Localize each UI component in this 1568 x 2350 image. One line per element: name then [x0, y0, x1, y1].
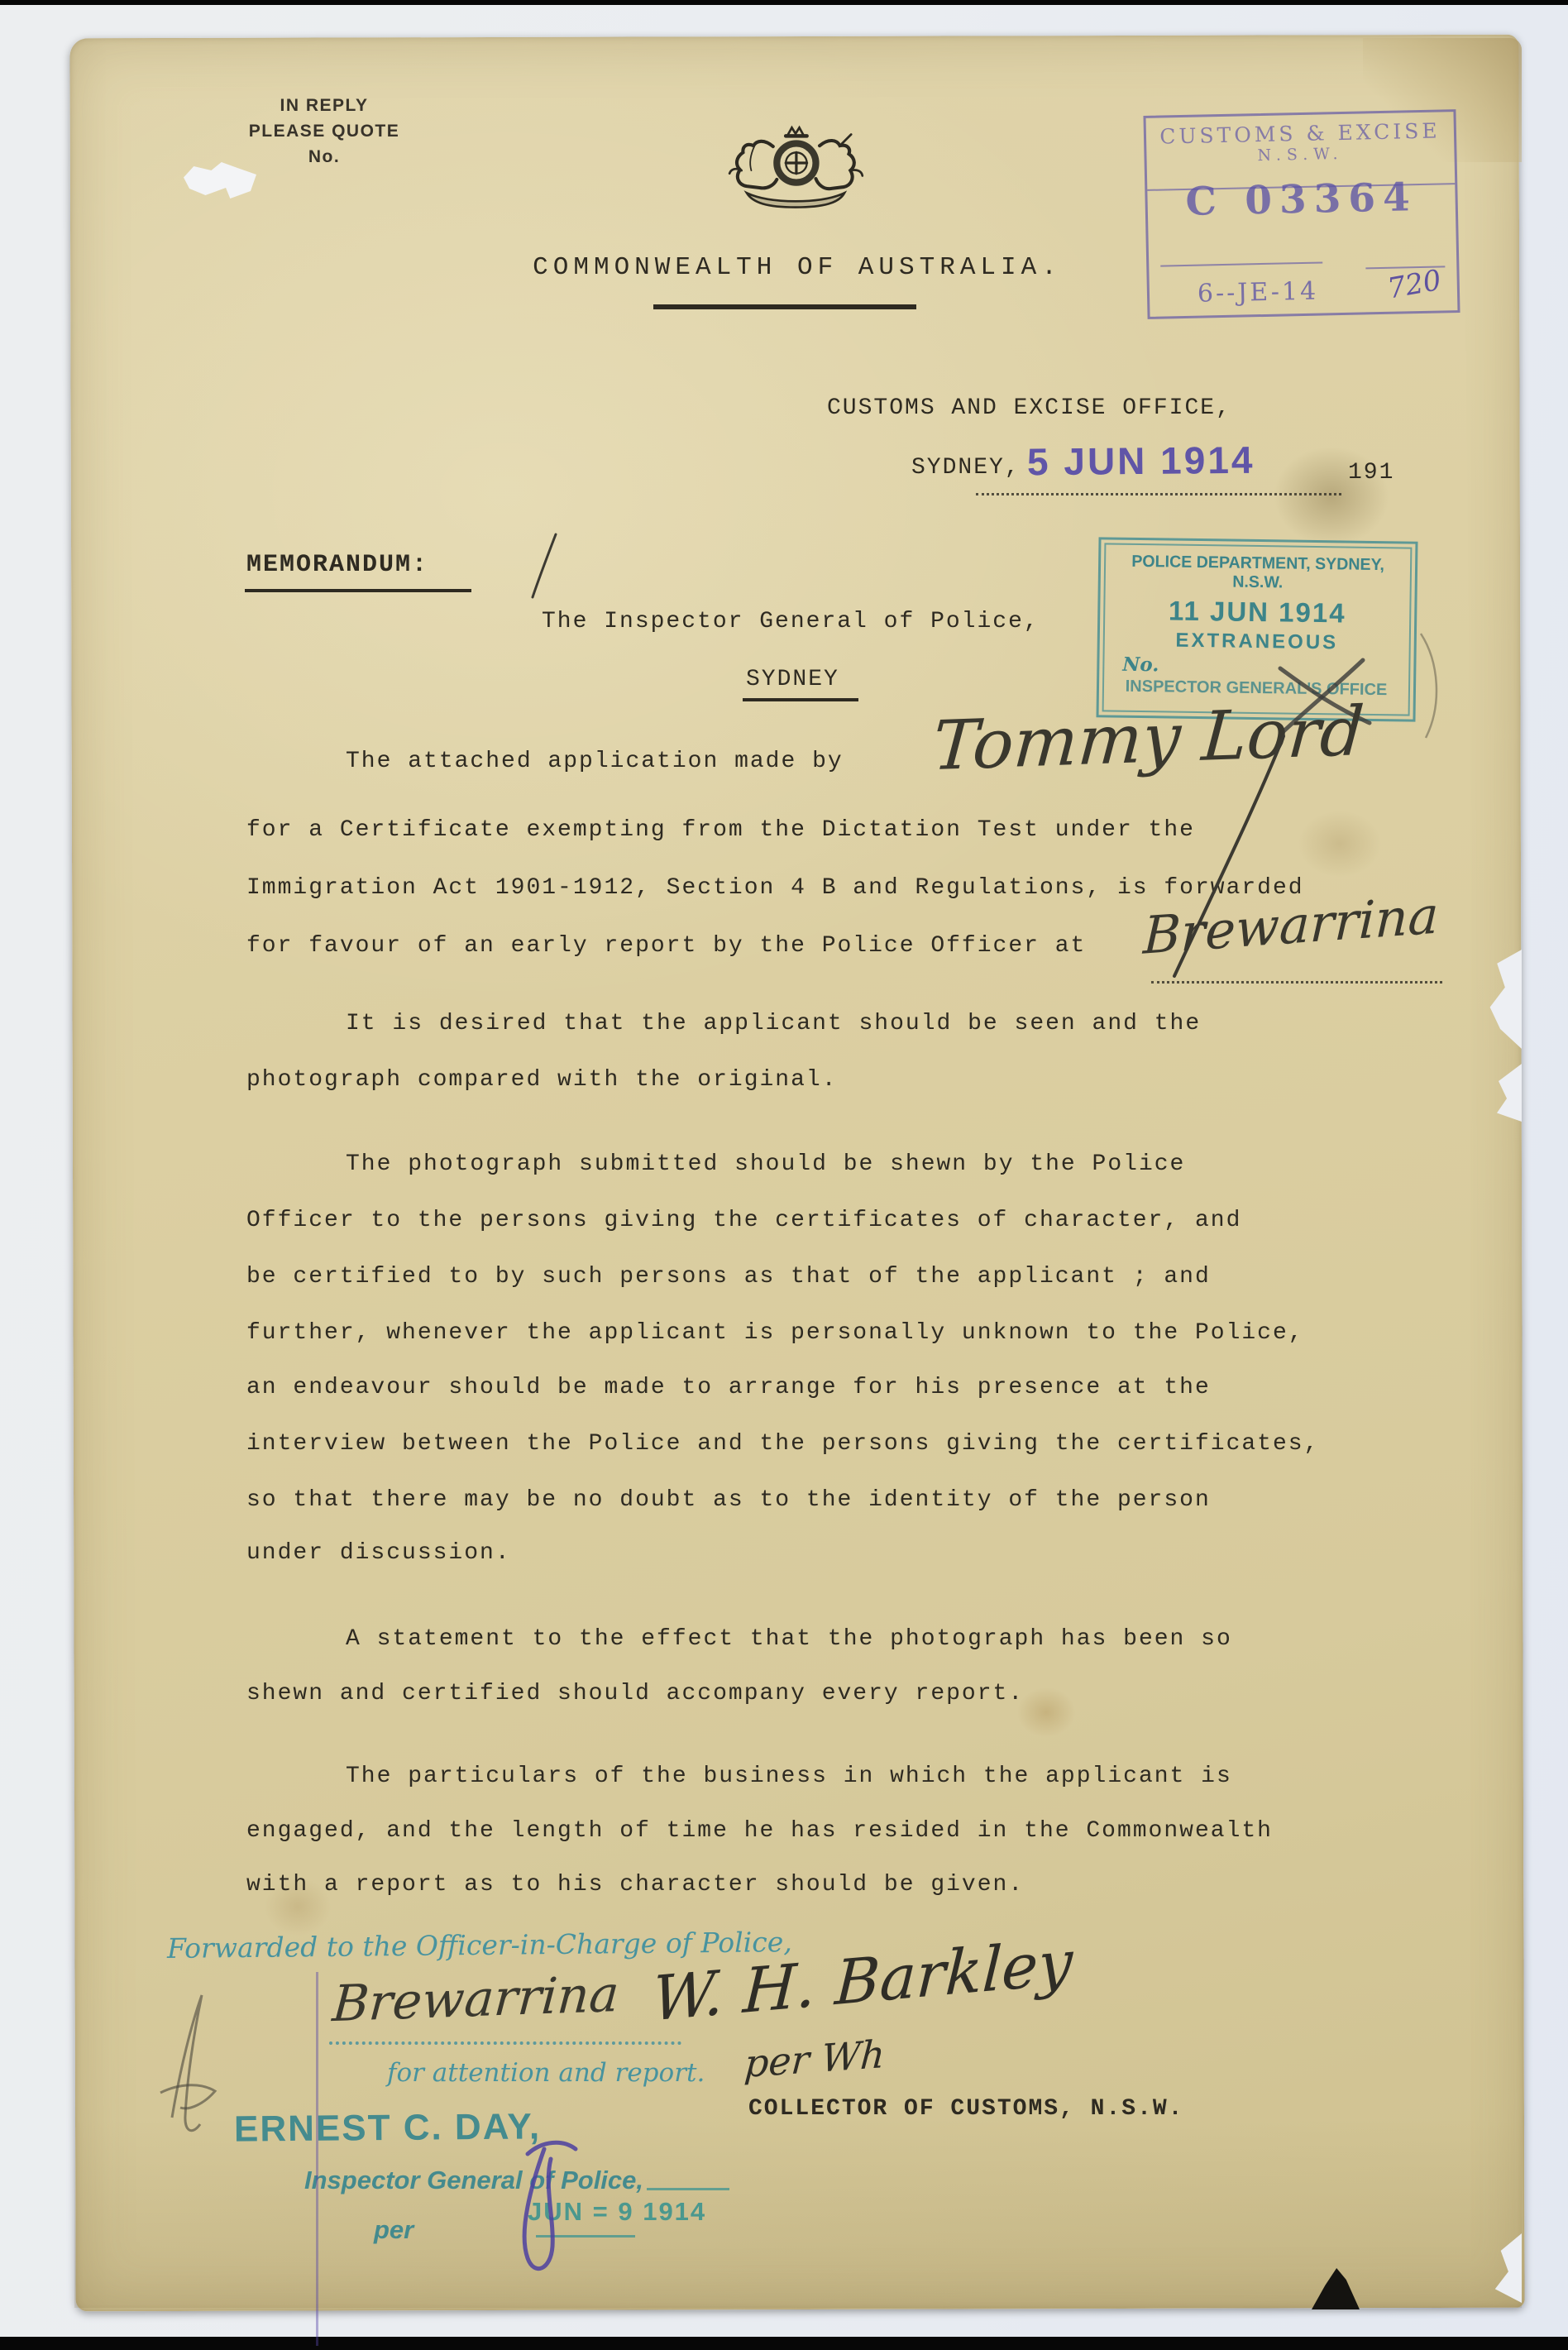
per-label-stamp: per [374, 2215, 414, 2245]
police-stamp-extraneous: EXTRANEOUS [1105, 628, 1409, 655]
body-line: further, whenever the applicant is perso… [246, 1320, 1304, 1346]
year-suffix: 191 [1348, 460, 1394, 486]
title-rule [653, 304, 916, 309]
collector-line: COLLECTOR OF CUSTOMS, N.S.W. [748, 2096, 1183, 2122]
forward-station-underline [329, 2015, 681, 2045]
in-reply-line2: PLEASE QUOTE [208, 118, 440, 144]
body-line: for a Certificate exempting from the Dic… [246, 817, 1195, 843]
sydney-underline [743, 698, 858, 701]
commonwealth-title: COMMONWEALTH OF AUSTRALIA. [13, 253, 1568, 282]
body-line: interview between the Police and the per… [246, 1431, 1319, 1457]
customs-excise-stamp: CUSTOMS & EXCISE N.S.W. C 03364 6--JE-14… [1143, 109, 1460, 319]
body-line: The photograph submitted should be shewn… [346, 1151, 1185, 1177]
body-line: for favour of an early report by the Pol… [246, 933, 1086, 959]
station-underline [1151, 953, 1442, 984]
in-reply-line1: IN REPLY [208, 93, 440, 118]
body-line: It is desired that the applicant should … [346, 1011, 1201, 1036]
body-line: photograph compared with the original. [246, 1067, 838, 1093]
purple-initial-mark [480, 2126, 595, 2283]
body-line: an endeavour should be made to arrange f… [246, 1375, 1211, 1400]
body-line: The particulars of the business in which… [346, 1764, 1232, 1789]
date-stamp: 5 JUN 1914 [1027, 438, 1255, 484]
addressee-line: The Inspector General of Police, [542, 609, 1040, 634]
document-page: IN REPLY PLEASE QUOTE No. CUSTOMS & EXCI… [0, 0, 1568, 2350]
attention-script-stamp: for attention and report. [387, 2058, 705, 2088]
pencil-a-doodle [132, 1977, 240, 2142]
forwarded-script-stamp: Forwarded to the Officer-in-Charge of Po… [167, 1926, 792, 1965]
body-line: The attached application made by [346, 749, 844, 774]
body-line: be certified to by such persons as that … [246, 1264, 1211, 1290]
body-line: under discussion. [246, 1540, 511, 1566]
memorandum-underline [245, 589, 471, 592]
body-line: shewn and certified should accompany eve… [246, 1681, 1024, 1706]
addressee-city: SYDNEY [746, 667, 839, 692]
in-reply-line3: No. [208, 144, 440, 170]
pen-slash-mark [521, 529, 571, 604]
office-line: CUSTOMS AND EXCISE OFFICE, [827, 395, 1231, 421]
ink-transfer-line [316, 1972, 318, 2346]
memorandum-label: MEMORANDUM: [246, 551, 428, 579]
body-line: engaged, and the length of time he has r… [246, 1818, 1273, 1844]
body-line: Officer to the persons giving the certif… [246, 1208, 1241, 1233]
customs-stamp-serial: C 03364 [1147, 174, 1456, 226]
body-line: A statement to the effect that the photo… [346, 1626, 1232, 1652]
body-line: with a report as to his character should… [246, 1872, 1024, 1898]
in-reply-block: IN REPLY PLEASE QUOTE No. [208, 93, 440, 170]
police-stamp-line1: POLICE DEPARTMENT, SYDNEY, N.S.W. [1108, 552, 1407, 594]
pencil-curve-mark [1406, 629, 1464, 744]
stamp-line-segment [647, 2188, 729, 2190]
royal-coat-of-arms-icon [713, 122, 878, 220]
body-line: so that there may be no doubt as to the … [246, 1487, 1211, 1513]
police-stamp-date: 11 JUN 1914 [1105, 594, 1409, 629]
